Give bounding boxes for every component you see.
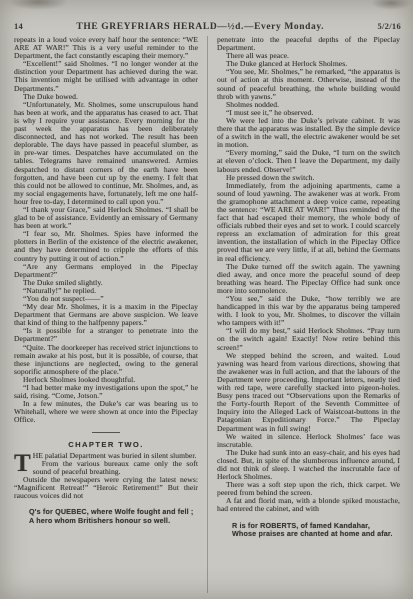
right-story-text: penetrate into the peaceful depths of th…: [217, 36, 400, 514]
story-paragraph: “I had better make my investigations upo…: [14, 384, 198, 400]
story-paragraph: “Excellent!” said Sholmes. “I no longer …: [14, 60, 198, 92]
story-paragraph: The Duke turned off the switch again. Th…: [217, 263, 400, 295]
verse-line: Whose praises are chanted at home and af…: [232, 530, 400, 539]
story-paragraph: Outside the newspapers were crying the l…: [14, 476, 198, 500]
story-paragraph: “Unfortunately, Mr. Sholmes, some unscru…: [14, 101, 198, 206]
chapter-heading: CHAPTER TWO.: [14, 440, 198, 449]
story-paragraph: In a few minutes, the Duke’s car was bea…: [14, 400, 198, 424]
alphabet-rhyme-left: Q's for QUEBEC, where Wolfe fought and f…: [14, 508, 198, 525]
story-paragraph: “Every morning,” said the Duke, “I turn …: [217, 149, 400, 173]
text-columns: repeats in a loud voice every half hour …: [14, 36, 400, 593]
story-paragraph: “Are any Germans employed in the Pipecla…: [14, 263, 198, 279]
story-paragraph: “Is it possible for a stranger to penetr…: [14, 327, 198, 343]
story-paragraph: “My dear Mr. Sholmes, it is a maxim in t…: [14, 303, 198, 327]
alphabet-rhyme-right: R is for ROBERTS, of famed Kandahar,Whos…: [217, 522, 400, 539]
scan-smudge: [8, 0, 68, 10]
story-paragraph: penetrate into the peaceful depths of th…: [217, 36, 400, 52]
story-paragraph: “You see, Mr. Sholmes,” he remarked, “th…: [217, 68, 400, 100]
story-paragraph: “I thank your Grace,” said Herlock Sholm…: [14, 206, 198, 230]
story-paragraph: We were led into the Duke’s private cabi…: [217, 117, 400, 149]
masthead-title: THE GREYFRIARS HERALD—½d.—Every Monday.: [76, 22, 324, 32]
chapter-two-text: THE palatial Department was buried in si…: [14, 452, 198, 501]
story-paragraph: There was a soft step upon the rich, thi…: [217, 481, 400, 497]
scan-smudge: [371, 0, 411, 10]
story-paragraph: Immediately, from the adjoining apartmen…: [217, 182, 400, 263]
page-number: 14: [14, 21, 23, 31]
story-paragraph: “You see,” said the Duke, “how terribly …: [217, 295, 400, 327]
page-header: 14 THE GREYFRIARS HERALD—½d.—Every Monda…: [14, 21, 401, 32]
story-paragraph: “I will do my best,” said Herlock Sholme…: [217, 327, 400, 351]
drop-cap: T: [14, 452, 33, 474]
story-paragraph: From the various bureaux came only the s…: [14, 460, 198, 476]
section-divider: [92, 432, 120, 433]
issue-date: 5/2/16: [377, 21, 401, 31]
verse-line: A hero whom Britishers honour so well.: [29, 517, 198, 526]
left-story-text: repeats in a loud voice every half hour …: [14, 36, 198, 425]
story-paragraph: A fat and florid man, with a blonde spik…: [217, 497, 400, 513]
left-column: repeats in a loud voice every half hour …: [14, 36, 207, 593]
story-paragraph: The Duke had sunk into an easy-chair, an…: [217, 449, 400, 481]
story-paragraph: “Quite. The doorkeeper has received stri…: [14, 344, 198, 376]
right-column: penetrate into the peaceful depths of th…: [207, 36, 400, 593]
story-paragraph: repeats in a loud voice every half hour …: [14, 36, 198, 60]
story-paragraph: “I fear so, Mr. Sholmes. Spies have info…: [14, 230, 198, 262]
newspaper-page: 14 THE GREYFRIARS HERALD—½d.—Every Monda…: [0, 0, 413, 599]
story-paragraph: We waited in silence. Herlock Sholmes’ f…: [217, 433, 400, 449]
story-paragraph: We stepped behind the screen, and waited…: [217, 352, 400, 433]
